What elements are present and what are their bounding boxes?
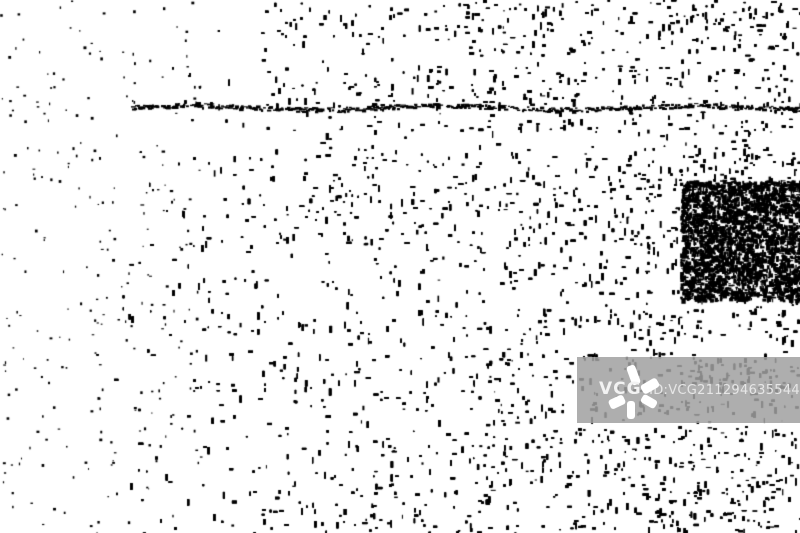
watermark-logo-text: VCG [599, 379, 642, 399]
vcg-logo: VCG [591, 357, 643, 423]
grunge-texture [0, 0, 800, 533]
logo-petal-icon [627, 401, 635, 419]
watermark-id: ID:VCG211294635544 [649, 383, 800, 398]
vcg-watermark: VCG ID:VCG211294635544 [577, 357, 800, 423]
